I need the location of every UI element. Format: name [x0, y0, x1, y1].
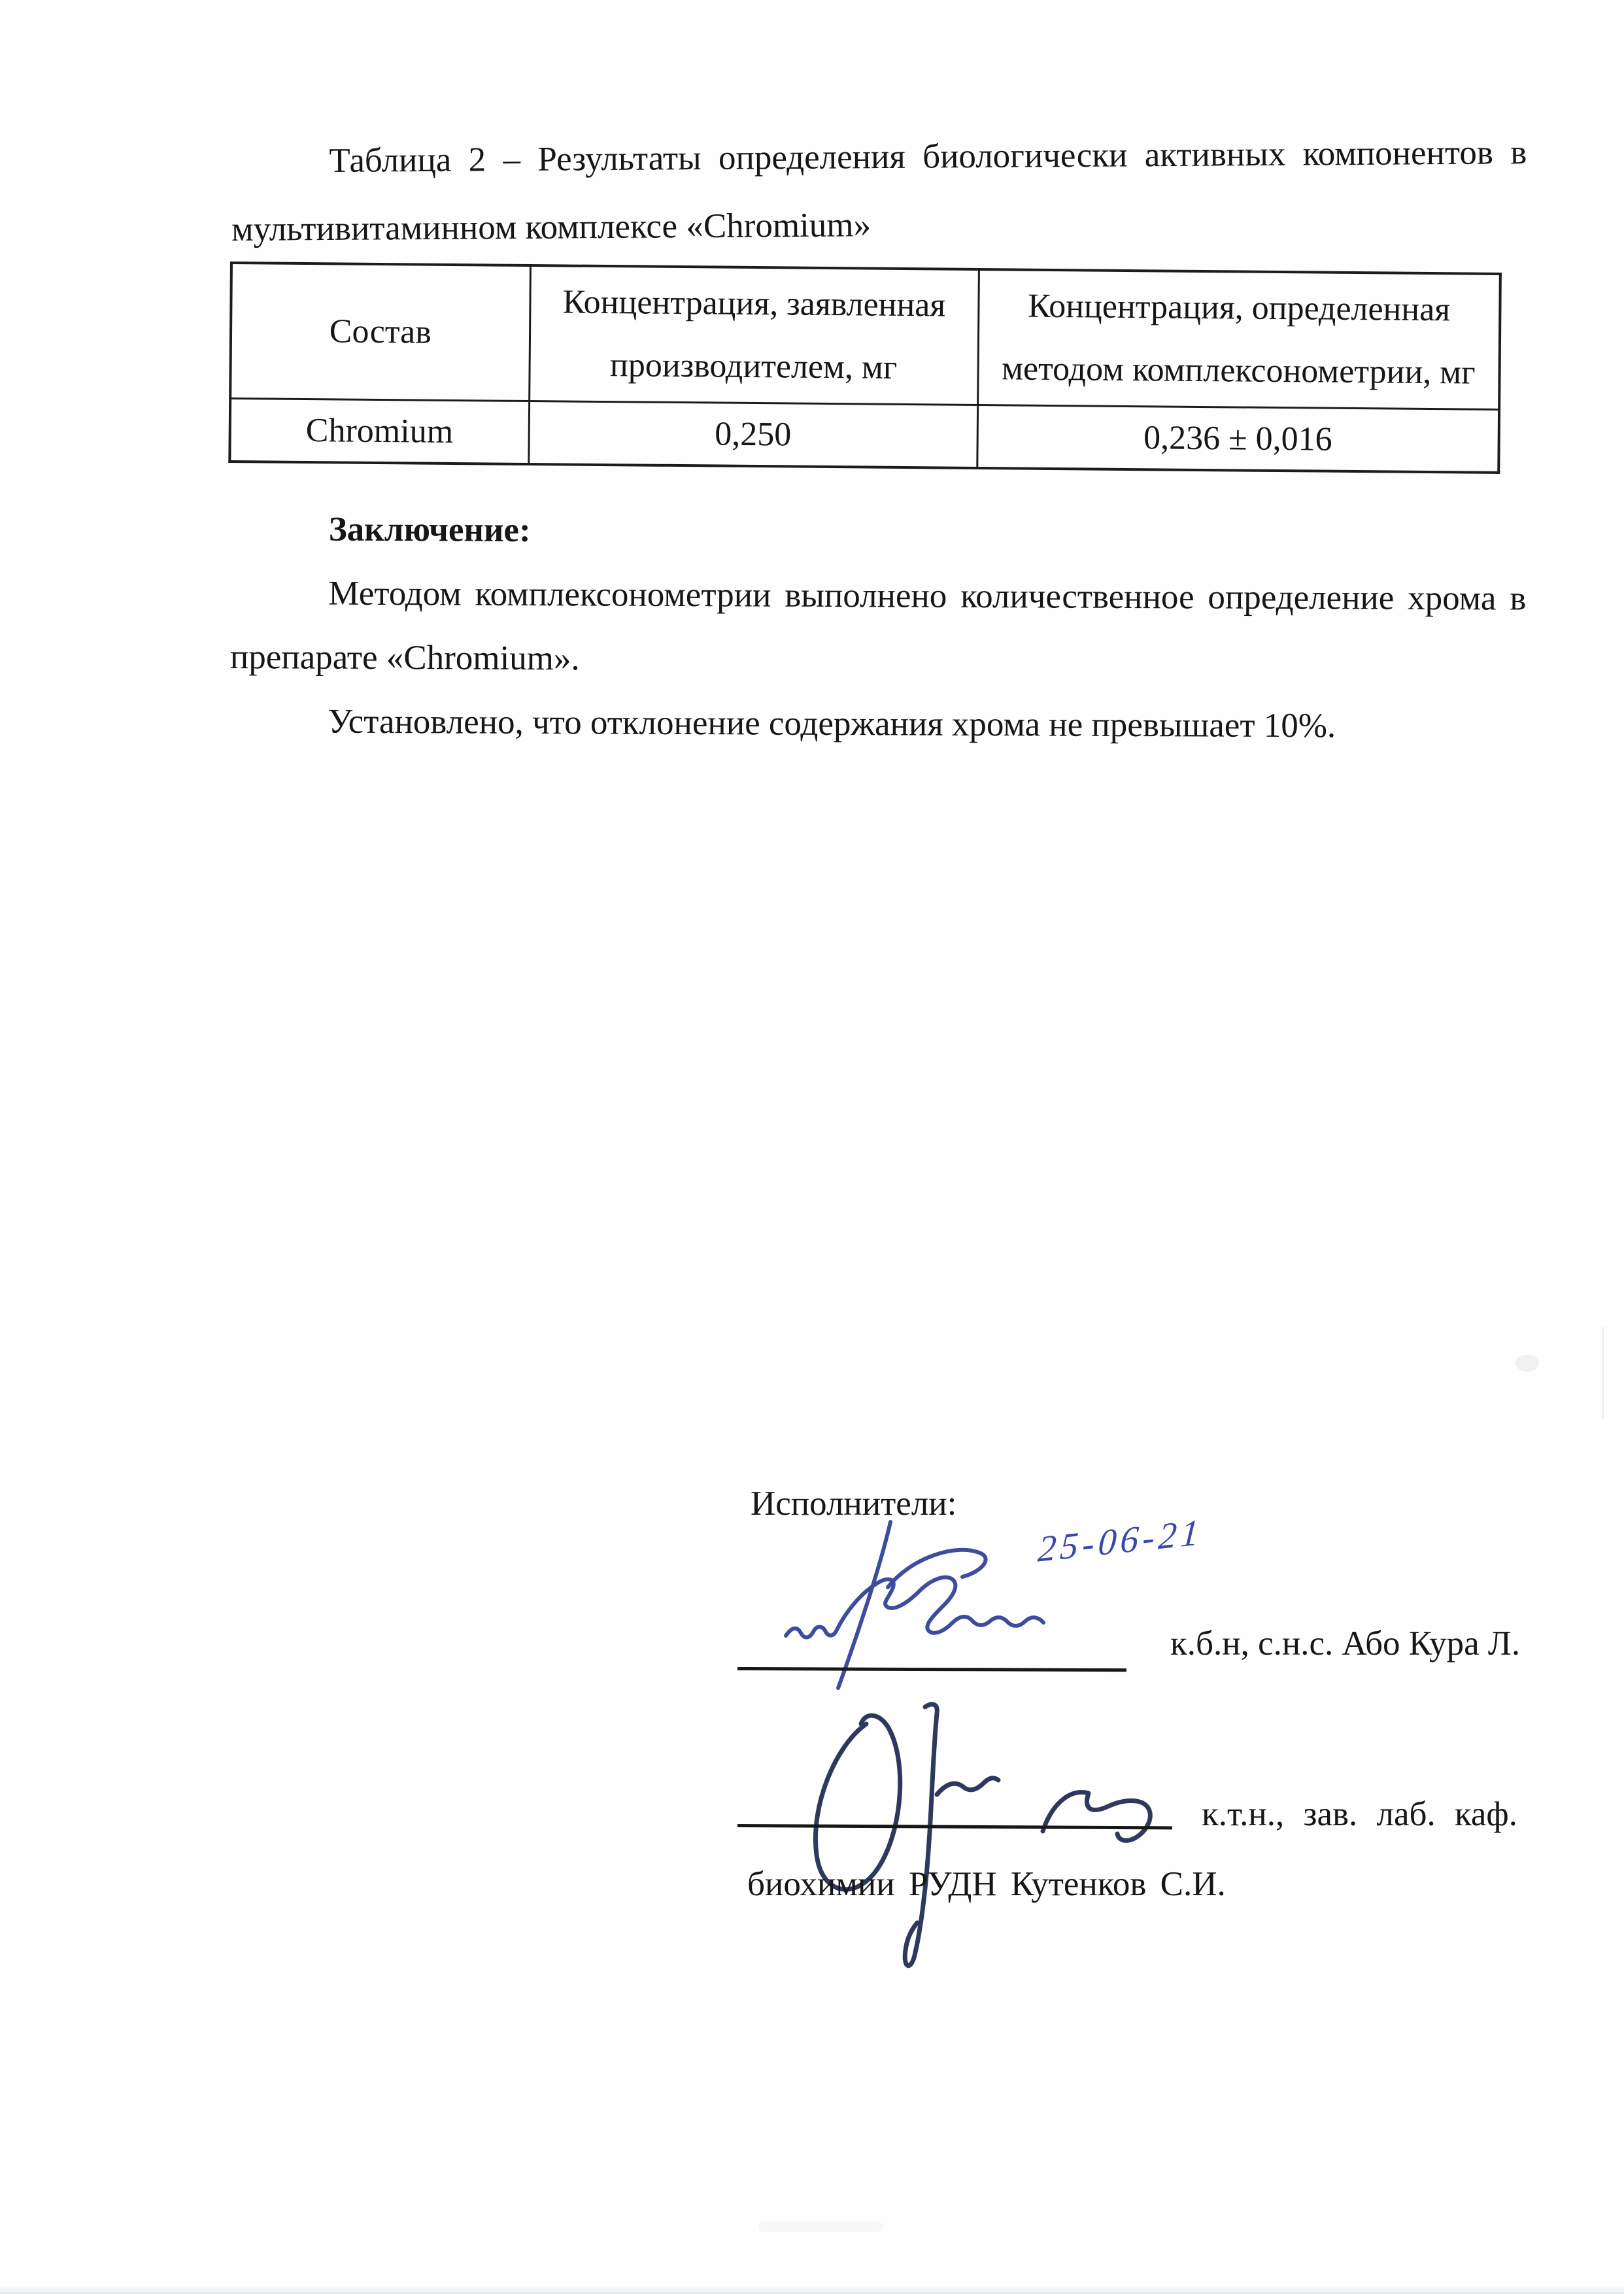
- declared-concentration-header: Концентрация, заявленная производителем,…: [529, 265, 979, 405]
- title-line-2: мультивитаминном комплексе «Chromium»: [231, 186, 1528, 263]
- conclusion-line-2: препарате «Chromium».: [230, 625, 1526, 695]
- table-header-row: Состав Концентрация, заявленная производ…: [230, 263, 1500, 409]
- scan-bottom-edge: [0, 2287, 1624, 2294]
- scanned-document-page: Таблица 2 – Результаты определения биоло…: [0, 0, 1624, 2294]
- measured-header-line-2: методом комплексонометрии, мг: [985, 337, 1492, 405]
- scan-smudge-artifact: [758, 2221, 883, 2232]
- declared-header-line-1: Концентрация, заявленная: [537, 271, 972, 337]
- table-row: Chromium 0,250 0,236 ± 0,016: [229, 399, 1499, 473]
- scan-speck-artifact: [1515, 1355, 1539, 1372]
- measured-value: 0,236 ± 0,016: [977, 405, 1499, 472]
- conclusion-section: Заключение: Методом комплексонометрии вы…: [229, 497, 1527, 759]
- results-table: Состав Концентрация, заявленная производ…: [228, 261, 1499, 473]
- declared-value: 0,250: [528, 401, 977, 467]
- signature-2-label-line-1: к.т.н., зав. лаб. каф.: [1202, 1780, 1620, 1848]
- signature-1-label: к.б.н, с.н.с. Або Кура Л.: [1170, 1610, 1602, 1678]
- conclusion-line-1: Методом комплексонометрии выполнено коли…: [230, 561, 1526, 631]
- title-line-1: Таблица 2 – Результаты определения биоло…: [231, 118, 1527, 195]
- conclusion-deviation-line: Установлено, что отклонение содержания х…: [229, 689, 1525, 759]
- table-title: Таблица 2 – Результаты определения биоло…: [231, 118, 1527, 263]
- scan-line-artifact: [1602, 1327, 1604, 1419]
- composition-header: Состав: [230, 263, 530, 401]
- measured-concentration-header: Концентрация, определенная методом компл…: [977, 269, 1500, 409]
- signature-2: [768, 1690, 1226, 1978]
- composition-value: Chromium: [229, 399, 529, 464]
- signature-2-label-line-2: биохимии РУДН Кутенков С.И.: [747, 1850, 1401, 1918]
- conclusion-heading: Заключение:: [231, 497, 1527, 567]
- measured-header-line-1: Концентрация, определенная: [986, 275, 1493, 342]
- declared-header-line-2: производителем, мг: [537, 333, 971, 400]
